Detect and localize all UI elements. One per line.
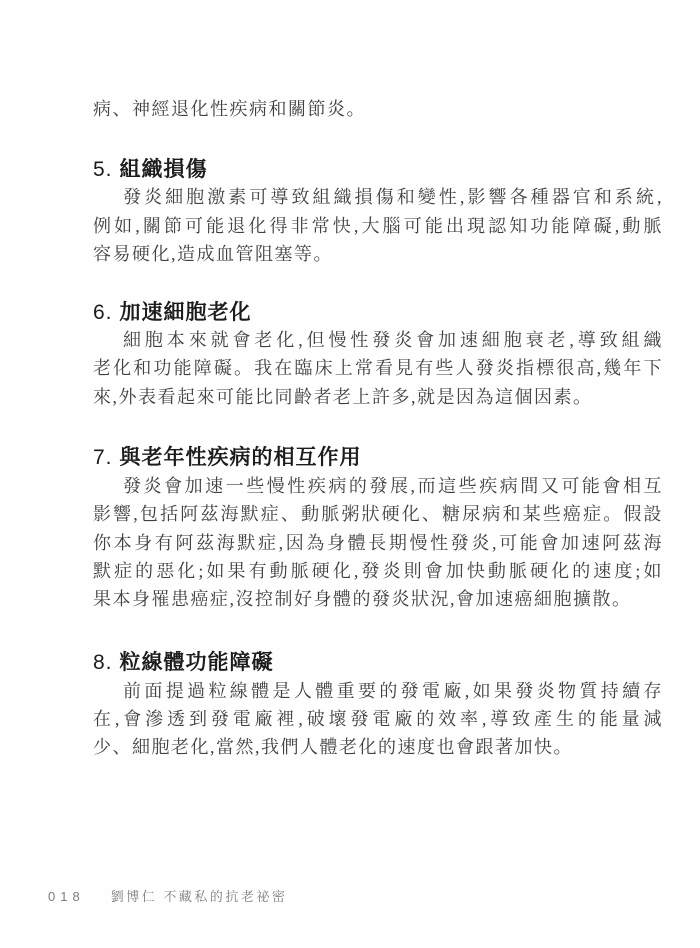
text-line: 老化和功能障礙。我在臨床上常看見有些人發炎指標很高,幾年下 — [93, 354, 663, 382]
section-8-paragraph: 前面提過粒線體是人體重要的發電廠,如果發炎物質持續存在,會滲透到發電廠裡,破壞發… — [93, 677, 663, 762]
section-6-paragraph: 細胞本來就會老化,但慢性發炎會加速細胞衰老,導致組織老化和功能障礙。我在臨床上常… — [93, 326, 663, 411]
text-line: 發炎會加速一些慢性疾病的發展,而這些疾病間又可能會相互 — [93, 472, 663, 500]
text-line: 發炎細胞激素可導致組織損傷和變性,影響各種器官和系統, — [93, 183, 663, 211]
section-7-number: 7. — [93, 446, 113, 469]
section-7-title: 與老年性疾病的相互作用 — [120, 446, 362, 469]
text-line: 來,外表看起來可能比同齡者老上許多,就是因為這個因素。 — [93, 383, 663, 411]
text-line: 細胞本來就會老化,但慢性發炎會加速細胞衰老,導致組織 — [93, 326, 663, 354]
page-footer: 018 劉博仁 不藏私的抗老祕密 — [48, 886, 287, 905]
section-8-heading: 8.粒線體功能障礙 — [93, 650, 663, 676]
text-line: 影響,包括阿茲海默症、動脈粥狀硬化、糖尿病和某些癌症。假設 — [93, 500, 663, 528]
text-line: 例如,關節可能退化得非常快,大腦可能出現認知功能障礙,動脈 — [93, 212, 663, 240]
section-7-heading: 7.與老年性疾病的相互作用 — [93, 445, 663, 471]
text-line: 你本身有阿茲海默症,因為身體長期慢性發炎,可能會加速阿茲海 — [93, 529, 663, 557]
section-7-paragraph: 發炎會加速一些慢性疾病的發展,而這些疾病間又可能會相互影響,包括阿茲海默症、動脈… — [93, 472, 663, 613]
text-line: 容易硬化,造成血管阻塞等。 — [93, 240, 663, 268]
text-line: 前面提過粒線體是人體重要的發電廠,如果發炎物質持續存 — [93, 677, 663, 705]
text-block: 病、神經退化性疾病和關節炎。 5.組織損傷 發炎細胞激素可導致組織損傷和變性,影… — [93, 0, 663, 761]
text-line: 默症的惡化;如果有動脈硬化,發炎則會加快動脈硬化的速度;如 — [93, 557, 663, 585]
text-line: 少、細胞老化,當然,我們人體老化的速度也會跟著加快。 — [93, 733, 663, 761]
section-6-heading: 6.加速細胞老化 — [93, 300, 663, 326]
section-5-number: 5. — [93, 158, 113, 181]
text-line: 果本身罹患癌症,沒控制好身體的發炎狀況,會加速癌細胞擴散。 — [93, 585, 663, 613]
section-8-number: 8. — [93, 651, 113, 674]
section-6-number: 6. — [93, 301, 113, 324]
section-5-title: 組織損傷 — [120, 158, 208, 181]
page-number: 018 — [48, 889, 85, 904]
text-line: 在,會滲透到發電廠裡,破壞發電廠的效率,導致產生的能量減 — [93, 705, 663, 733]
book-page: 病、神經退化性疾病和關節炎。 5.組織損傷 發炎細胞激素可導致組織損傷和變性,影… — [0, 0, 700, 948]
intro-paragraph-continuation: 病、神經退化性疾病和關節炎。 — [93, 95, 663, 123]
text-line: 病、神經退化性疾病和關節炎。 — [93, 95, 663, 123]
section-5-heading: 5.組織損傷 — [93, 157, 663, 183]
section-8-title: 粒線體功能障礙 — [120, 651, 274, 674]
section-5-paragraph: 發炎細胞激素可導致組織損傷和變性,影響各種器官和系統,例如,關節可能退化得非常快… — [93, 183, 663, 268]
book-title: 劉博仁 不藏私的抗老祕密 — [111, 886, 288, 905]
section-6-title: 加速細胞老化 — [120, 301, 252, 324]
